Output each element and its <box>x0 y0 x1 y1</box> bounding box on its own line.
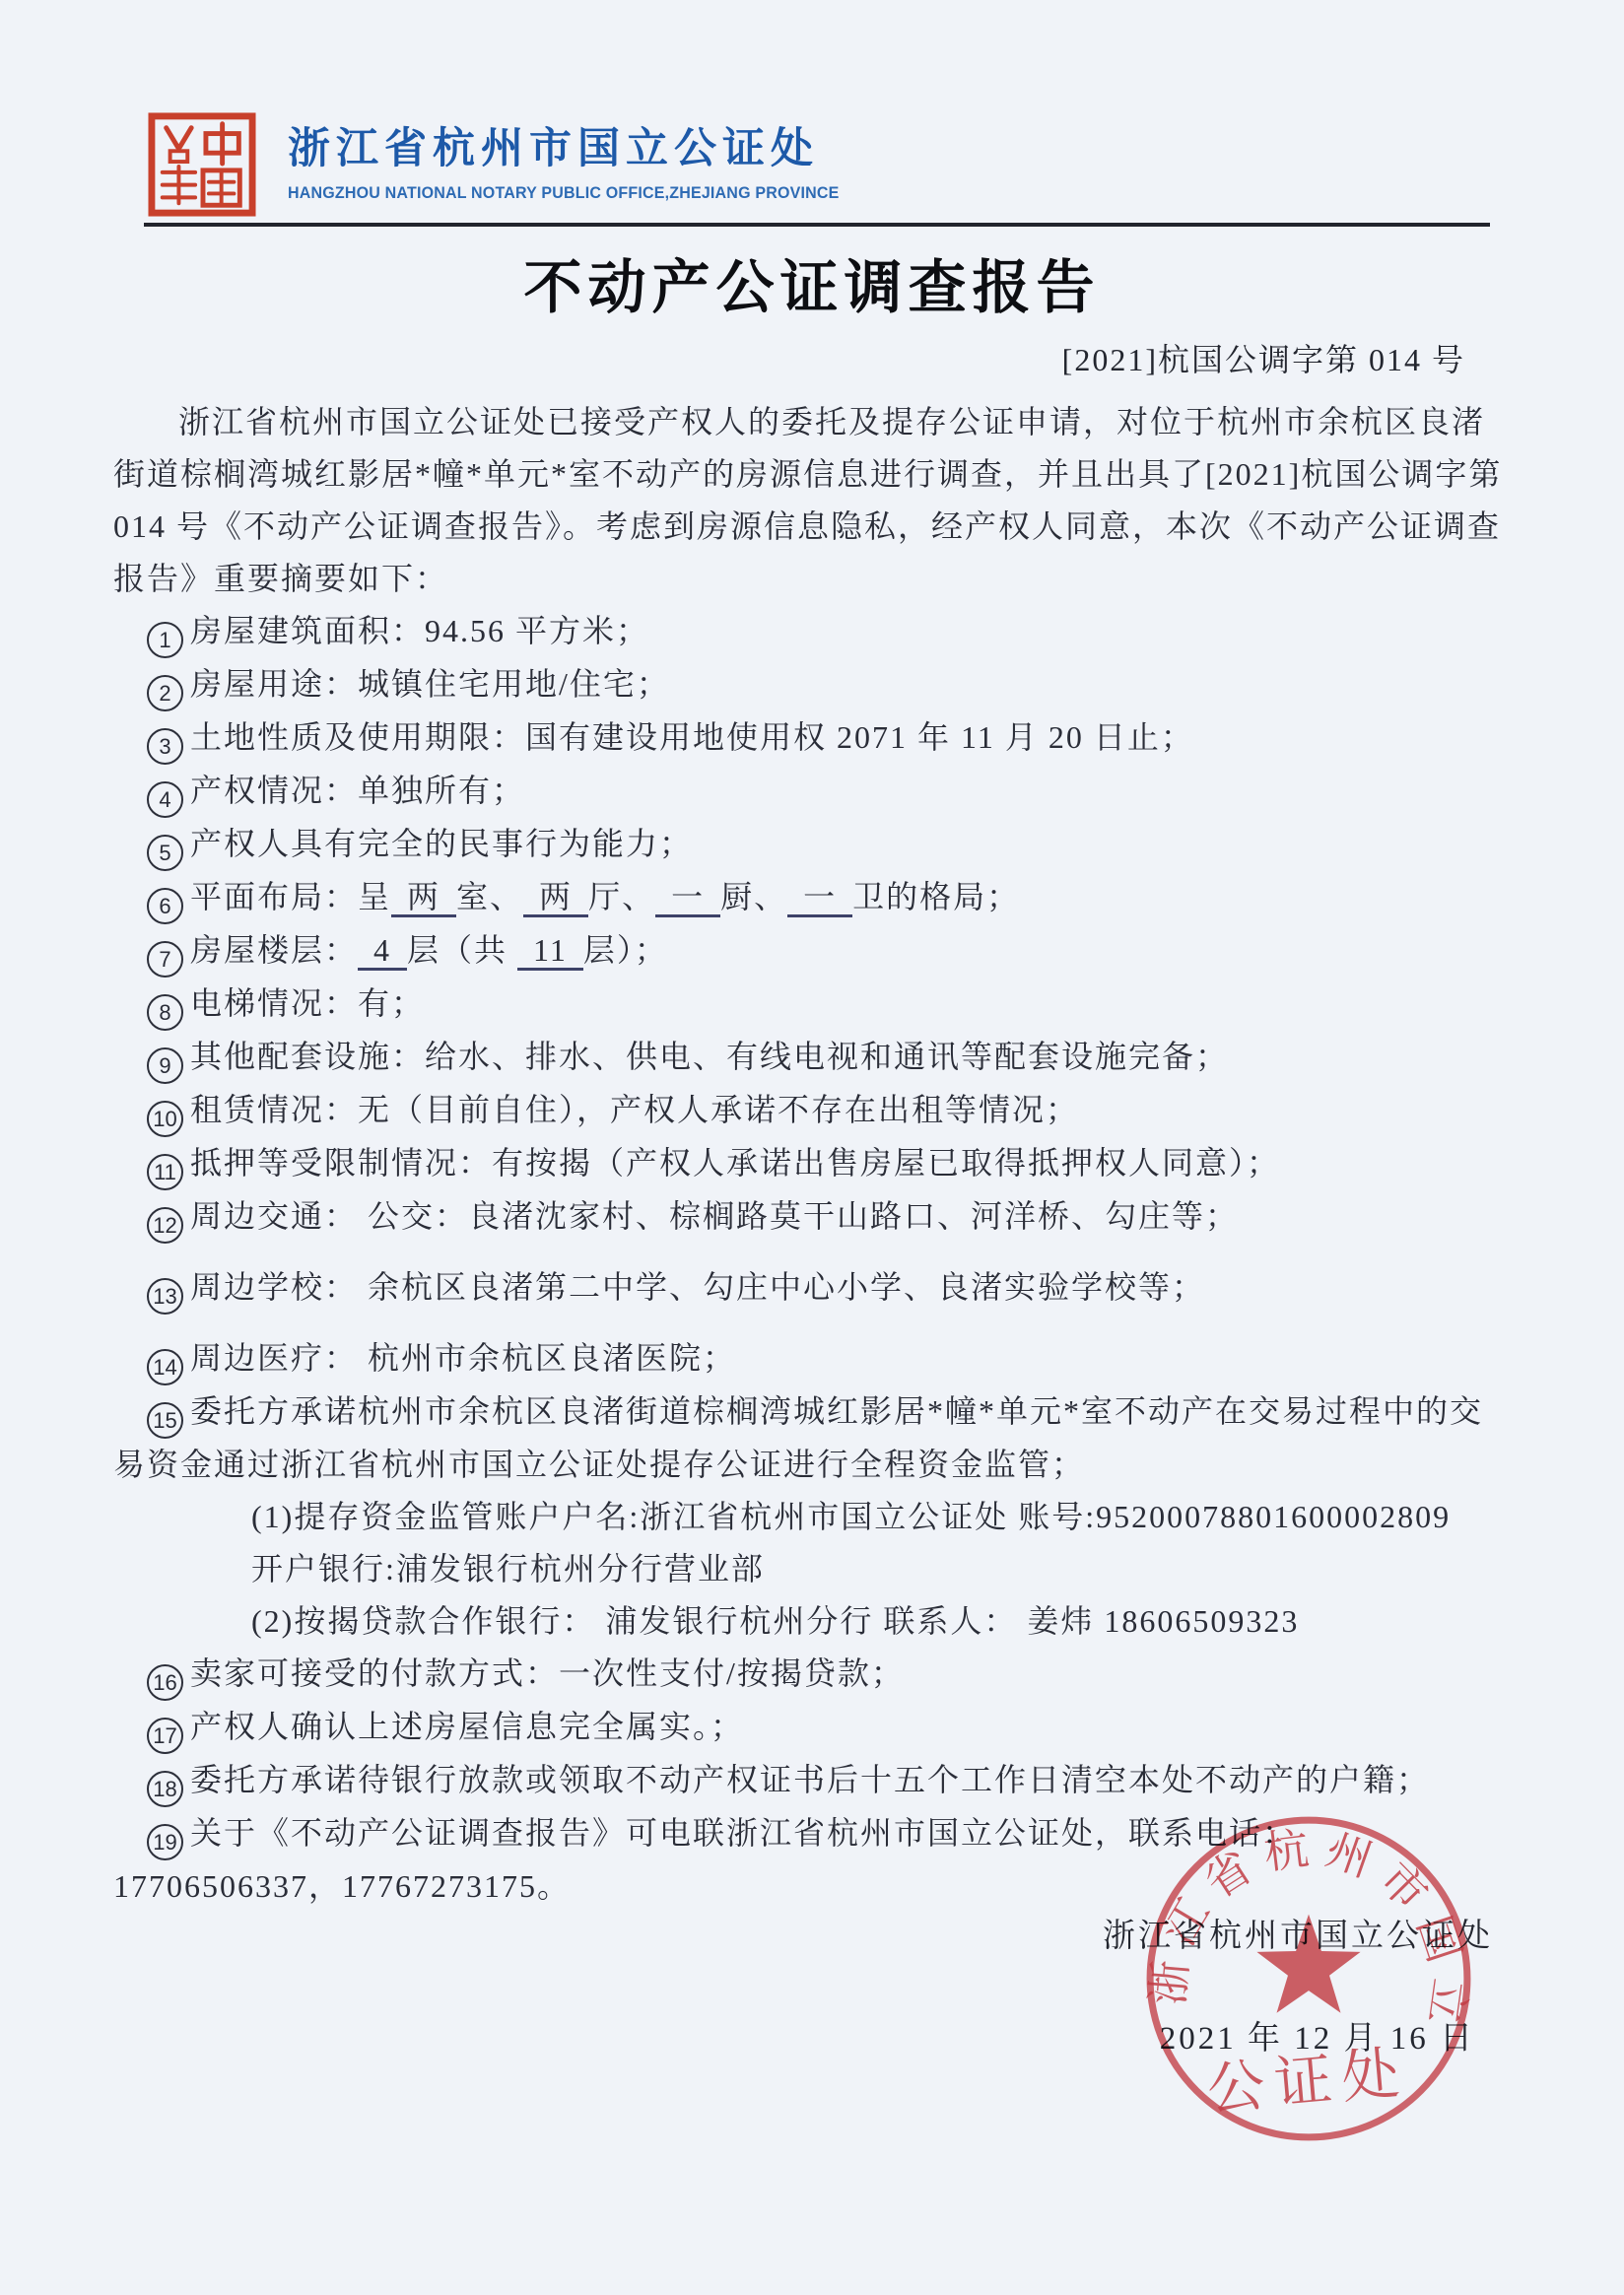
item-number-badge: 11 <box>147 1154 183 1190</box>
scanned-document-page: 浙江省杭州市国立公证处 HANGZHOU NATIONAL NOTARY PUB… <box>0 0 1624 2295</box>
item-ownership: 4产权情况：单独所有； <box>113 765 1511 818</box>
doc-text: 房屋楼层： <box>190 932 358 968</box>
intro-paragraph: 浙江省杭州市国立公证处已接受产权人的委托及提存公证申请，对位于杭州市余杭区良渚街… <box>113 396 1511 605</box>
doc-text: 抵押等受限制情况：有按揭（产权人承诺出售房屋已取得抵押权人同意）； <box>190 1145 1280 1181</box>
item-mortgage: 11抵押等受限制情况：有按揭（产权人承诺出售房屋已取得抵押权人同意）； <box>113 1137 1511 1190</box>
letterhead: 浙江省杭州市国立公证处 HANGZHOU NATIONAL NOTARY PUB… <box>146 110 856 219</box>
doc-text: 室、 <box>456 879 523 914</box>
filled-blank-underlined: 一 <box>787 879 852 917</box>
item-number-badge: 4 <box>147 781 183 818</box>
doc-text: 房屋用途：城镇住宅用地/住宅； <box>190 666 670 702</box>
doc-text: (2)按揭贷款合作银行： 浦发银行杭州分行 联系人： 姜炜 1860650932… <box>251 1603 1299 1639</box>
doc-text: 产权情况：单独所有； <box>190 773 525 808</box>
doc-text: 浙江省杭州市国立公证处已接受产权人的委托及提存公证申请，对位于杭州市余杭区良渚街… <box>113 404 1502 596</box>
item-household-clear: 18委托方承诺待银行放款或领取不动产权证书后十五个工作日清空本处不动产的户籍； <box>113 1754 1511 1807</box>
doc-text: 层）； <box>583 932 668 968</box>
doc-text: 卫的格局； <box>852 879 1020 914</box>
doc-text: 平面布局：呈 <box>190 879 391 914</box>
item-number-badge: 16 <box>147 1664 183 1701</box>
doc-text: 关于《不动产公证调查报告》可电联浙江省杭州市国立公证处，联系电话：1770650… <box>113 1815 1296 1904</box>
org-name-block: 浙江省杭州市国立公证处 HANGZHOU NATIONAL NOTARY PUB… <box>288 110 856 203</box>
doc-text: 周边学校： 余杭区良渚第二中学、勾庄中心小学、良渚实验学校等； <box>190 1269 1205 1305</box>
doc-text: 周边交通： 公交：良渚沈家村、棕榈路莫干山路口、河洋桥、勾庄等； <box>190 1198 1239 1234</box>
item-lease-status: 10租赁情况：无（目前自住），产权人承诺不存在出租等情况； <box>113 1084 1511 1137</box>
item-number-badge: 2 <box>147 675 183 711</box>
item-fund-supervision: 15委托方承诺杭州市余杭区良渚街道棕榈湾城红影居*幢*单元*室不动产在交易过程中… <box>113 1385 1511 1491</box>
doc-text: 电梯情况：有； <box>190 985 425 1021</box>
item-number-badge: 8 <box>147 994 183 1031</box>
item-floor-plan: 6平面布局：呈两室、两厅、一厨、一卫的格局； <box>113 871 1511 924</box>
signature-date: 2021 年 12 月 16 日 <box>113 2012 1475 2059</box>
item-number-badge: 6 <box>147 888 183 924</box>
doc-text: 房屋建筑面积：94.56 平方米； <box>190 613 649 648</box>
item-number-badge: 13 <box>147 1278 183 1315</box>
filled-blank-underlined: 两 <box>391 879 456 917</box>
item-number-badge: 18 <box>147 1771 183 1807</box>
doc-text: 其他配套设施：给水、排水、供电、有线电视和通讯等配套设施完备； <box>190 1039 1229 1074</box>
doc-text: 产权人具有完全的民事行为能力； <box>190 826 693 861</box>
item-transport: 12周边交通： 公交：良渚沈家村、棕榈路莫干山路口、河洋桥、勾庄等； <box>113 1190 1511 1244</box>
document-title: 不动产公证调查报告 <box>0 240 1624 324</box>
item-floor-level: 7房屋楼层：4层（共 11层）； <box>113 924 1511 978</box>
item-elevator: 8电梯情况：有； <box>113 978 1511 1031</box>
item-schools: 13周边学校： 余杭区良渚第二中学、勾庄中心小学、良渚实验学校等； <box>113 1261 1511 1315</box>
document-body: 浙江省杭州市国立公证处已接受产权人的委托及提存公证申请，对位于杭州市余杭区良渚街… <box>113 396 1511 1913</box>
sub-item-bank: 开户银行:浦发银行杭州分行营业部 <box>113 1543 1511 1595</box>
doc-text: 租赁情况：无（目前自住），产权人承诺不存在出租等情况； <box>190 1092 1079 1127</box>
org-name-chinese: 浙江省杭州市国立公证处 <box>288 126 856 172</box>
item-number-badge: 12 <box>147 1207 183 1244</box>
item-building-area: 1房屋建筑面积：94.56 平方米； <box>113 605 1511 658</box>
sub-item-loan-bank: (2)按揭贷款合作银行： 浦发银行杭州分行 联系人： 姜炜 1860650932… <box>113 1595 1511 1648</box>
item-number-badge: 7 <box>147 941 183 978</box>
item-number-badge: 1 <box>147 622 183 658</box>
sub-item-escrow-account: (1)提存资金监管账户户名:浙江省杭州市国立公证处 账号:95200078801… <box>113 1491 1511 1543</box>
doc-text: 厅、 <box>588 879 655 914</box>
doc-text: 层（共 <box>407 932 517 968</box>
item-number-badge: 15 <box>147 1402 183 1439</box>
doc-text: 土地性质及使用期限：国有建设用地使用权 2071 年 11 月 20 日止； <box>190 719 1194 755</box>
item-number-badge: 14 <box>147 1349 183 1385</box>
filled-blank-underlined: 4 <box>358 932 407 971</box>
item-number-badge: 10 <box>147 1101 183 1137</box>
item-number-badge: 17 <box>147 1718 183 1754</box>
document-number: [2021]杭国公调字第 014 号 <box>113 335 1465 380</box>
doc-text: (1)提存资金监管账户户名:浙江省杭州市国立公证处 账号:95200078801… <box>251 1499 1451 1534</box>
signature-org-name: 浙江省杭州市国立公证处 <box>113 1910 1493 1956</box>
doc-text: 产权人确认上述房屋信息完全属实。； <box>190 1709 744 1744</box>
filled-blank-underlined: 一 <box>655 879 720 917</box>
doc-text: 卖家可接受的付款方式：一次性支付/按揭贷款； <box>190 1655 905 1691</box>
doc-text: 开户银行:浦发银行杭州分行营业部 <box>251 1551 765 1586</box>
filled-blank-underlined: 11 <box>517 932 583 971</box>
item-number-badge: 5 <box>147 835 183 871</box>
item-confirmation: 17产权人确认上述房屋信息完全属实。； <box>113 1701 1511 1754</box>
item-number-badge: 3 <box>147 728 183 765</box>
doc-text: 委托方承诺杭州市余杭区良渚街道棕榈湾城红影居*幢*单元*室不动产在交易过程中的交… <box>113 1393 1483 1482</box>
filled-blank-underlined: 两 <box>523 879 588 917</box>
item-contact: 19关于《不动产公证调查报告》可电联浙江省杭州市国立公证处，联系电话：17706… <box>113 1807 1511 1913</box>
item-hospitals: 14周边医疗： 杭州市余杭区良渚医院； <box>113 1332 1511 1385</box>
header-divider-rule <box>144 223 1490 227</box>
doc-text: 周边医疗： 杭州市余杭区良渚医院； <box>190 1340 736 1376</box>
china-notary-square-seal-icon <box>146 110 258 219</box>
item-house-usage: 2房屋用途：城镇住宅用地/住宅； <box>113 658 1511 711</box>
item-number-badge: 19 <box>147 1824 183 1860</box>
item-land-term: 3土地性质及使用期限：国有建设用地使用权 2071 年 11 月 20 日止； <box>113 711 1511 765</box>
item-civil-capacity: 5产权人具有完全的民事行为能力； <box>113 818 1511 871</box>
org-name-english: HANGZHOU NATIONAL NOTARY PUBLIC OFFICE,Z… <box>288 184 840 203</box>
doc-text: 委托方承诺待银行放款或领取不动产权证书后十五个工作日清空本处不动产的户籍； <box>190 1762 1430 1797</box>
doc-text: 厨、 <box>720 879 787 914</box>
item-number-badge: 9 <box>147 1047 183 1084</box>
item-facilities: 9其他配套设施：给水、排水、供电、有线电视和通讯等配套设施完备； <box>113 1031 1511 1084</box>
item-payment-methods: 16卖家可接受的付款方式：一次性支付/按揭贷款； <box>113 1648 1511 1701</box>
